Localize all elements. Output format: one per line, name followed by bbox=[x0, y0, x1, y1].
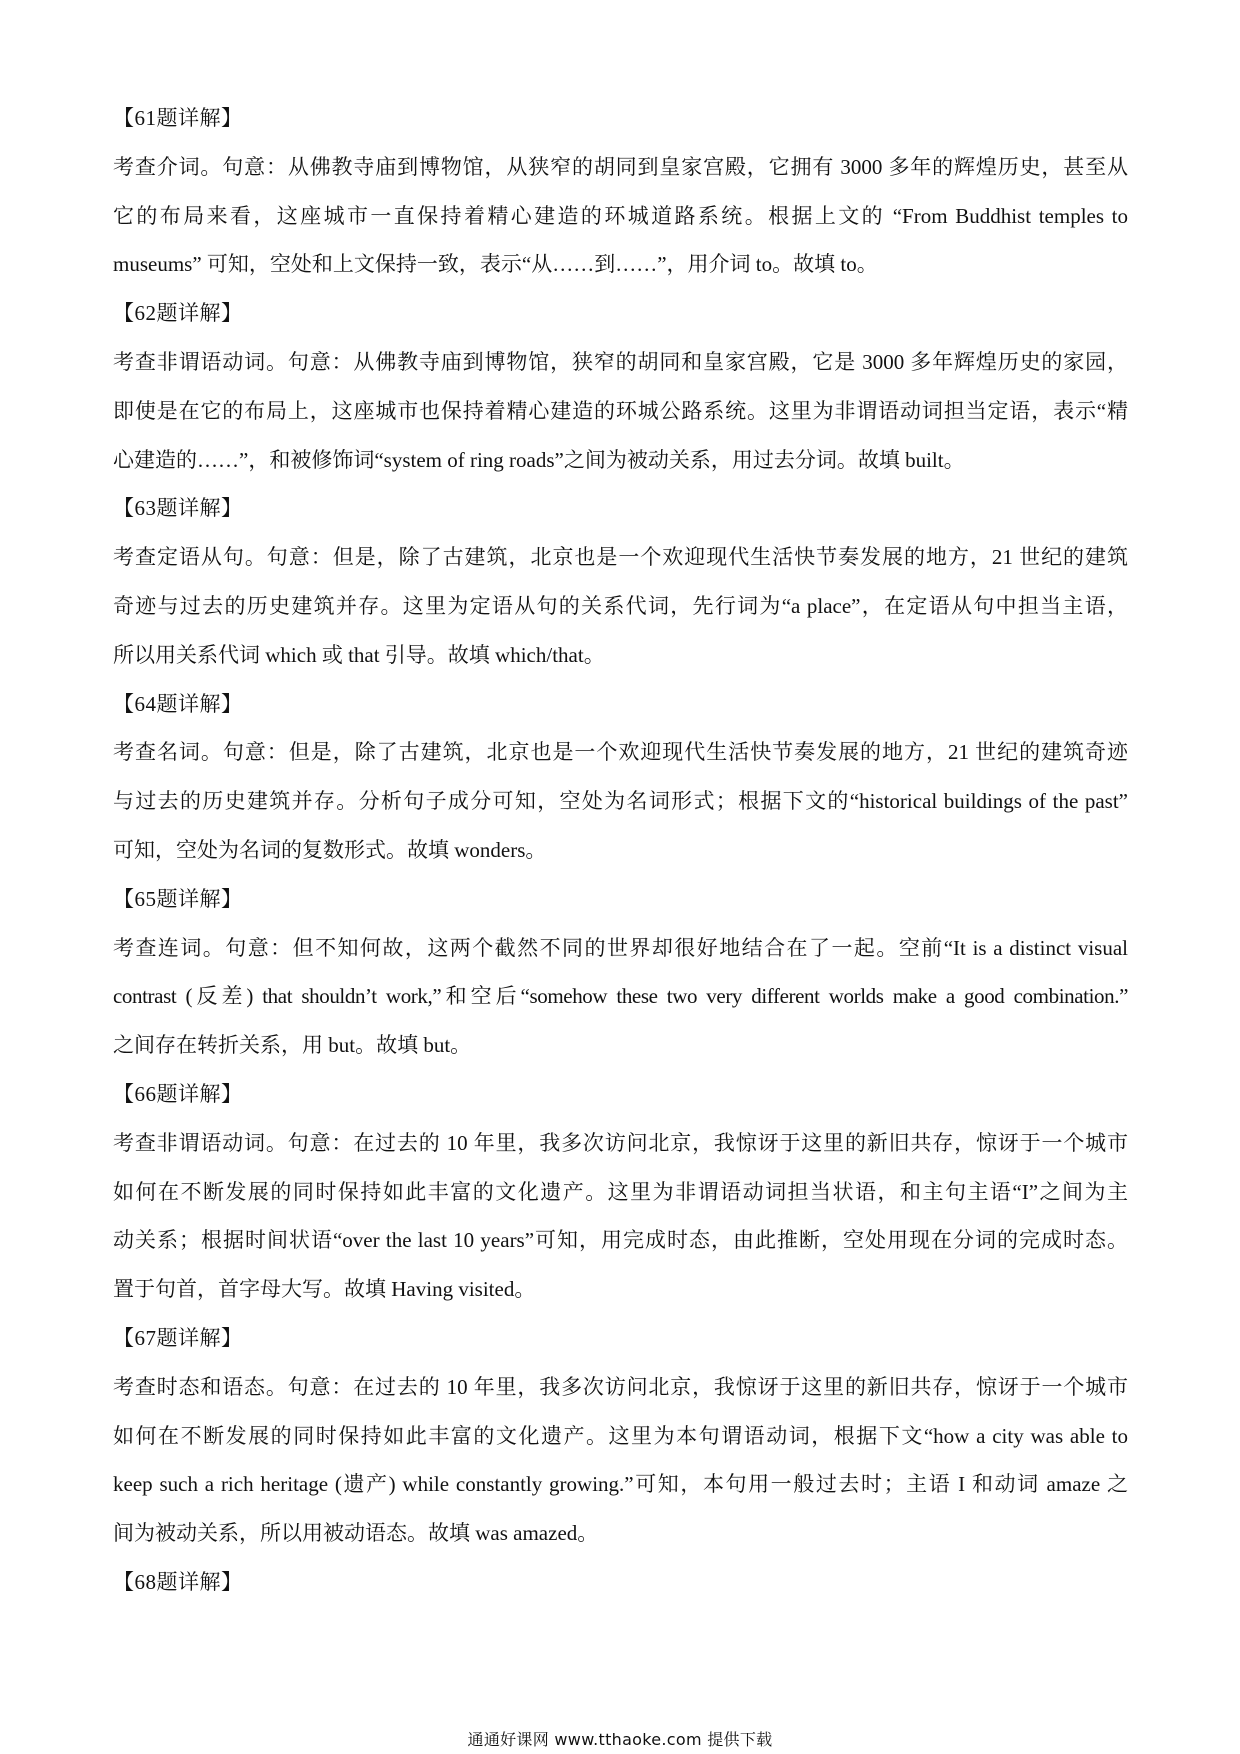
body-line: 间为被动关系，所以用被动语态。故填 was amazed。 bbox=[113, 1509, 1128, 1558]
answer-explanations: 【61题详解】 考查介词。句意：从佛教寺庙到博物馆，从狭窄的胡同到皇家宫殿，它拥… bbox=[113, 94, 1128, 1607]
body-line: keep such a rich heritage (遗产) while con… bbox=[113, 1460, 1128, 1509]
explanation-68: 【68题详解】 bbox=[113, 1558, 1128, 1607]
body-line: 与过去的历史建筑并存。分析句子成分可知，空处为名词形式；根据下文的“histor… bbox=[113, 777, 1128, 826]
explanation-67: 【67题详解】 考查时态和语态。句意：在过去的 10 年里，我多次访问北京，我惊… bbox=[113, 1314, 1128, 1558]
explanation-62: 【62题详解】 考查非谓语动词。句意：从佛教寺庙到博物馆，狭窄的胡同和皇家宫殿，… bbox=[113, 289, 1128, 484]
body-line: 考查非谓语动词。句意：在过去的 10 年里，我多次访问北京，我惊讶于这里的新旧共… bbox=[113, 1119, 1128, 1168]
section-heading: 【61题详解】 bbox=[113, 94, 1128, 143]
body-line: 心建造的……”，和被修饰词“system of ring roads”之间为被动… bbox=[113, 436, 1128, 485]
explanation-61: 【61题详解】 考查介词。句意：从佛教寺庙到博物馆，从狭窄的胡同到皇家宫殿，它拥… bbox=[113, 94, 1128, 289]
explanation-64: 【64题详解】 考查名词。句意：但是，除了古建筑，北京也是一个欢迎现代生活快节奏… bbox=[113, 680, 1128, 875]
section-heading: 【65题详解】 bbox=[113, 875, 1128, 924]
explanation-65: 【65题详解】 考查连词。句意：但不知何故，这两个截然不同的世界却很好地结合在了… bbox=[113, 875, 1128, 1070]
explanation-63: 【63题详解】 考查定语从句。句意：但是，除了古建筑，北京也是一个欢迎现代生活快… bbox=[113, 484, 1128, 679]
section-heading: 【62题详解】 bbox=[113, 289, 1128, 338]
body-line: 考查介词。句意：从佛教寺庙到博物馆，从狭窄的胡同到皇家宫殿，它拥有 3000 多… bbox=[113, 143, 1128, 192]
section-heading: 【66题详解】 bbox=[113, 1070, 1128, 1119]
body-line: 如何在不断发展的同时保持如此丰富的文化遗产。这里为非谓语动词担当状语，和主句主语… bbox=[113, 1168, 1128, 1217]
body-line: 之间存在转折关系，用 but。故填 but。 bbox=[113, 1021, 1128, 1070]
explanation-66: 【66题详解】 考查非谓语动词。句意：在过去的 10 年里，我多次访问北京，我惊… bbox=[113, 1070, 1128, 1314]
section-heading: 【64题详解】 bbox=[113, 680, 1128, 729]
body-line: contrast (反差) that shouldn’t work,”和空后“s… bbox=[113, 972, 1128, 1021]
body-line: 可知，空处为名词的复数形式。故填 wonders。 bbox=[113, 826, 1128, 875]
body-line: 考查非谓语动词。句意：从佛教寺庙到博物馆，狭窄的胡同和皇家宫殿，它是 3000 … bbox=[113, 338, 1128, 387]
body-line: 如何在不断发展的同时保持如此丰富的文化遗产。这里为本句谓语动词，根据下文“how… bbox=[113, 1412, 1128, 1461]
body-line: 它的布局来看，这座城市一直保持着精心建造的环城道路系统。根据上文的 “From … bbox=[113, 192, 1128, 241]
section-heading: 【63题详解】 bbox=[113, 484, 1128, 533]
body-line: 考查定语从句。句意：但是，除了古建筑，北京也是一个欢迎现代生活快节奏发展的地方，… bbox=[113, 533, 1128, 582]
body-line: 置于句首，首字母大写。故填 Having visited。 bbox=[113, 1265, 1128, 1314]
body-line: 奇迹与过去的历史建筑并存。这里为定语从句的关系代词，先行词为“a place”，… bbox=[113, 582, 1128, 631]
body-line: 考查连词。句意：但不知何故，这两个截然不同的世界却很好地结合在了一起。空前“It… bbox=[113, 924, 1128, 973]
body-line: 所以用关系代词 which 或 that 引导。故填 which/that。 bbox=[113, 631, 1128, 680]
section-heading: 【67题详解】 bbox=[113, 1314, 1128, 1363]
body-line: 考查时态和语态。句意：在过去的 10 年里，我多次访问北京，我惊讶于这里的新旧共… bbox=[113, 1363, 1128, 1412]
page-footer: 通通好课网 www.tthaoke.com 提供下载 bbox=[0, 1727, 1240, 1750]
body-line: 考查名词。句意：但是，除了古建筑，北京也是一个欢迎现代生活快节奏发展的地方，21… bbox=[113, 728, 1128, 777]
body-line: 动关系；根据时间状语“over the last 10 years”可知，用完成… bbox=[113, 1216, 1128, 1265]
section-heading: 【68题详解】 bbox=[113, 1558, 1128, 1607]
body-line: 即使是在它的布局上，这座城市也保持着精心建造的环城公路系统。这里为非谓语动词担当… bbox=[113, 387, 1128, 436]
body-line: museums” 可知，空处和上文保持一致，表示“从……到……”，用介词 to。… bbox=[113, 240, 1128, 289]
